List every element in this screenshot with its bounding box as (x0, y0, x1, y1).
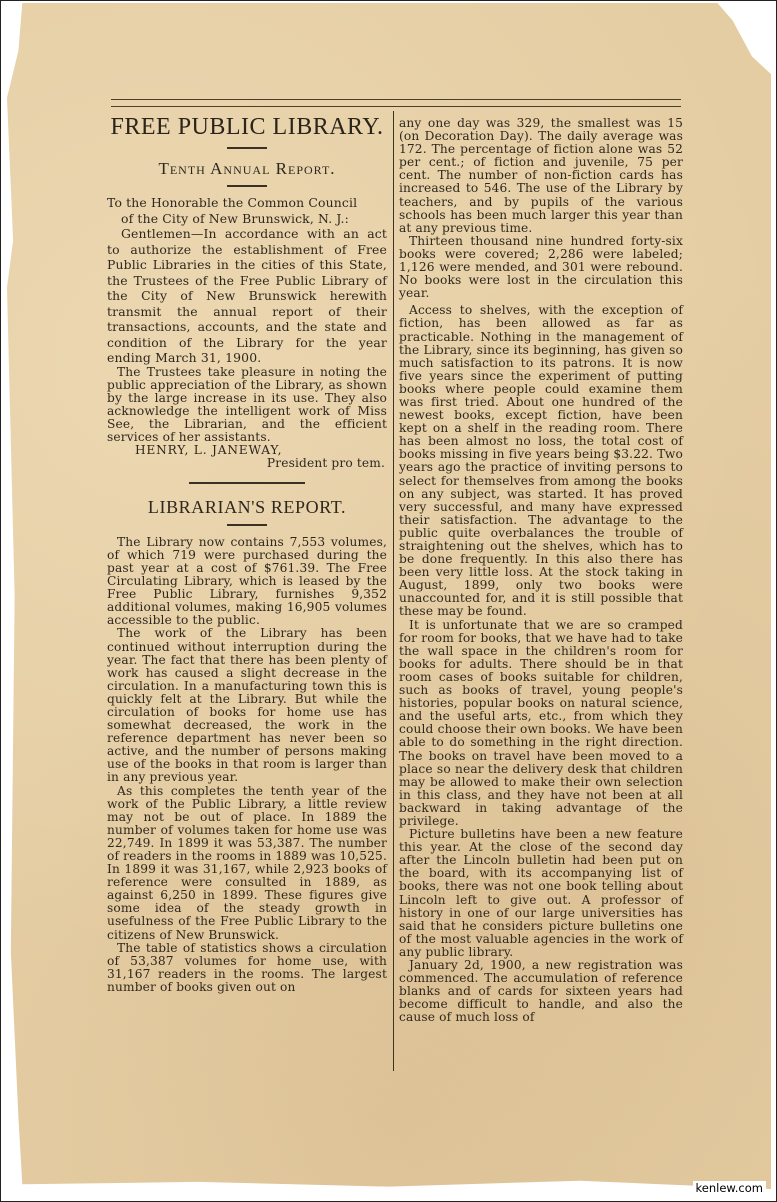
left-column: FREE PUBLIC LIBRARY. Tenth Annual Report… (107, 113, 387, 994)
signature-name: HENRY, L. JANEWAY, (135, 444, 282, 457)
address-line-1: To the Honorable the Common Council (107, 195, 387, 211)
watermark-text: kenlew.com (693, 1181, 766, 1195)
masthead-title: FREE PUBLIC LIBRARY. (107, 113, 387, 141)
right-column: any one day was 329, the smallest was 15… (399, 117, 683, 1024)
librarian-report-title: LIBRARIAN'S REPORT. (107, 496, 387, 518)
report-paragraph: any one day was 329, the smallest was 15… (399, 117, 683, 235)
page-frame: FREE PUBLIC LIBRARY. Tenth Annual Report… (0, 0, 777, 1202)
signature-block: HENRY, L. JANEWAY, President pro tem. (107, 444, 387, 470)
section-rule (189, 482, 305, 484)
rule-line (111, 99, 681, 100)
column-divider (393, 111, 394, 1071)
address-line-2: of the City of New Brunswick, N. J.: (107, 211, 387, 227)
short-rule (227, 147, 267, 149)
report-paragraph: January 2d, 1900, a new registration was… (399, 959, 683, 1024)
report-subhead: Tenth Annual Report. (107, 159, 387, 179)
signature-title: President pro tem. (107, 457, 387, 470)
address-block: To the Honorable the Common Council of t… (107, 195, 387, 226)
header-double-rule (111, 99, 681, 113)
short-rule (227, 524, 267, 526)
rule-line (111, 106, 681, 107)
report-paragraph: Access to shelves, with the exception of… (399, 304, 683, 618)
report-paragraph: It is unfortunate that we are so cramped… (399, 619, 683, 829)
report-paragraph: The work of the Library has been continu… (107, 627, 387, 784)
trustees-paragraph: The Trustees take pleasure in noting the… (107, 366, 387, 445)
report-paragraph: The Library now contains 7,553 volumes, … (107, 536, 387, 628)
report-paragraph: The table of statistics shows a circulat… (107, 942, 387, 994)
report-paragraph: Picture bulletins have been a new featur… (399, 828, 683, 959)
report-paragraph: As this completes the tenth year of the … (107, 785, 387, 942)
report-paragraph: Thirteen thousand nine hundred forty-six… (399, 235, 683, 300)
opening-paragraph: Gentlemen—In accordance with an act to a… (107, 226, 387, 366)
short-rule (227, 185, 267, 187)
